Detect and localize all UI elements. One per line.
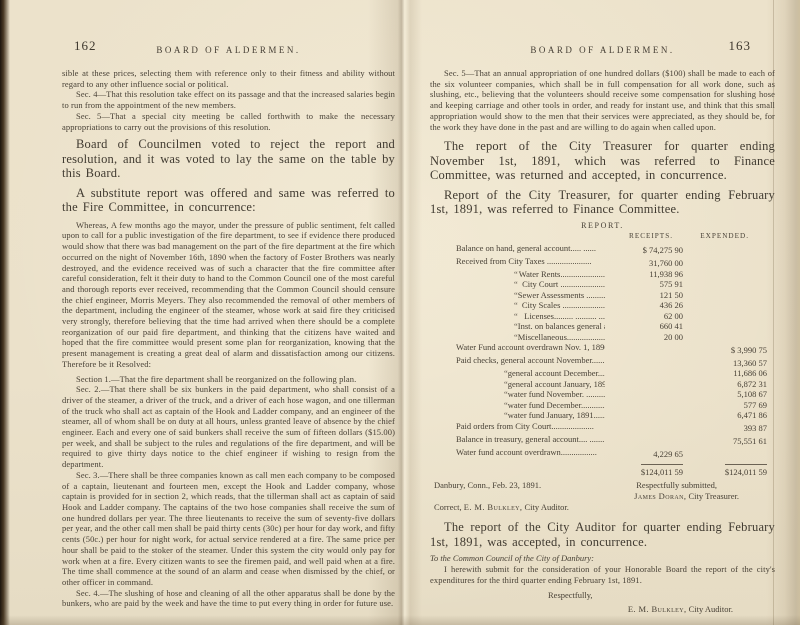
paragraph-substitute-report: A substitute report was offered and same… [62, 186, 395, 215]
auditor-final-signature: E. M. Bulkley, City Auditor. [430, 603, 775, 615]
paragraph-sec5-appropriation: Sec. 5—That an annual appropriation of o… [430, 68, 775, 132]
respectfully-submitted: Respectfully submitted, [636, 480, 717, 491]
table-row: “water fund January, 1891...........6,47… [430, 410, 775, 421]
salutation-common-council: To the Common Council of the City of Dan… [430, 553, 775, 564]
running-head-left: BOARD OF ALDERMEN. [156, 45, 300, 55]
table-row: Balance on hand, general account..... ..… [430, 243, 775, 256]
paragraph-whereas: Whereas, A few months ago the mayor, und… [62, 220, 395, 370]
column-header-expended: EXPENDED. [700, 232, 749, 240]
paragraph-sec2: Sec. 2.—That there shall be six bunkers … [62, 384, 395, 470]
auditor-correct-line: Correct, E. M. Bulkley, City Auditor. [430, 502, 775, 513]
total-expended: $124,011 59 [725, 464, 767, 478]
paragraph-continuation: sible at these prices, selecting them wi… [62, 68, 395, 89]
table-row: “City Scales ....................436 26 [430, 300, 775, 311]
paragraph-sec3: Sec. 3.—There shall be three companies k… [62, 470, 395, 588]
table-row: Received from City Taxes ...............… [430, 256, 775, 269]
table-row: “water fund December.............577 69 [430, 400, 775, 411]
table-row: “general account December.........11,686… [430, 368, 775, 379]
page-left: 162 BOARD OF ALDERMEN. sible at these pr… [62, 0, 395, 625]
total-receipts: $124,011 59 [641, 464, 683, 478]
table-total-row: $124,011 59 $124,011 59 [430, 464, 775, 478]
table-row: “water fund November. ...........5,108 6… [430, 389, 775, 400]
column-header-receipts: RECEIPTS. [629, 232, 673, 240]
table-row: Paid orders from City Court.............… [430, 421, 775, 434]
page-right: BOARD OF ALDERMEN. 163 Sec. 5—That an an… [430, 0, 775, 625]
book-left-edge [0, 0, 10, 625]
paragraph-board-councilmen: Board of Councilmen voted to reject the … [62, 137, 395, 181]
table-row: Water Fund account overdrawn Nov. 1, 189… [430, 342, 775, 355]
table-row: Water fund account overdrawn............… [430, 447, 775, 460]
table-row: Paid checks, general account November...… [430, 355, 775, 368]
table-row: “Sewer Assessments ............121 50 [430, 290, 775, 301]
paragraph-sec4-slushing: Sec. 4.—The slushing of hose and cleanin… [62, 588, 395, 609]
table-row: “Water Rents.....................11,938 … [430, 269, 775, 280]
paragraph-auditor-report: The report of the City Auditor for quart… [430, 520, 775, 549]
paragraph-sec5-resolution: Sec. 5—That a special city meeting be ca… [62, 111, 395, 132]
table-row: “Miscellaneous...................20 00 [430, 332, 775, 343]
table-row: Balance in treasury, general account....… [430, 434, 775, 447]
page-left-header: 162 BOARD OF ALDERMEN. [62, 40, 395, 56]
paragraph-treasurer-november: The report of the City Treasurer for qua… [430, 139, 775, 183]
treasurer-signature: James Doran, City Treasurer. [430, 491, 775, 502]
page-number-left: 162 [74, 38, 97, 54]
page-number-right: 163 [729, 38, 752, 54]
report-column-headers: RECEIPTS. EXPENDED. [430, 232, 775, 243]
paragraph-treasurer-february: Report of the City Treasurer, for quarte… [430, 188, 775, 217]
paragraph-herewith-submit: I herewith submit for the consideration … [430, 564, 775, 585]
signature-row: Danbury, Conn., Feb. 23, 1891. Respectfu… [430, 480, 775, 491]
table-row: “Inst. on balances general acct,.660 41 [430, 321, 775, 332]
table-row: “Licenses......... .......... ...62 00 [430, 311, 775, 322]
paragraph-sec4-resolution: Sec. 4—That this resolution take effect … [62, 89, 395, 110]
paragraph-section1: Section 1.—That the fire department shal… [62, 374, 395, 385]
page-right-header: BOARD OF ALDERMEN. 163 [430, 40, 775, 56]
report-heading: REPORT. [430, 221, 775, 230]
respectfully-line: Respectfully, [430, 590, 775, 601]
table-row: “general account January, 1891....6,872 … [430, 379, 775, 390]
date-line: Danbury, Conn., Feb. 23, 1891. [430, 480, 541, 491]
running-head-right: BOARD OF ALDERMEN. [530, 45, 674, 55]
treasurer-report-table: REPORT. RECEIPTS. EXPENDED. Balance on h… [430, 221, 775, 478]
table-row: “City Court .....................575 91 [430, 279, 775, 290]
